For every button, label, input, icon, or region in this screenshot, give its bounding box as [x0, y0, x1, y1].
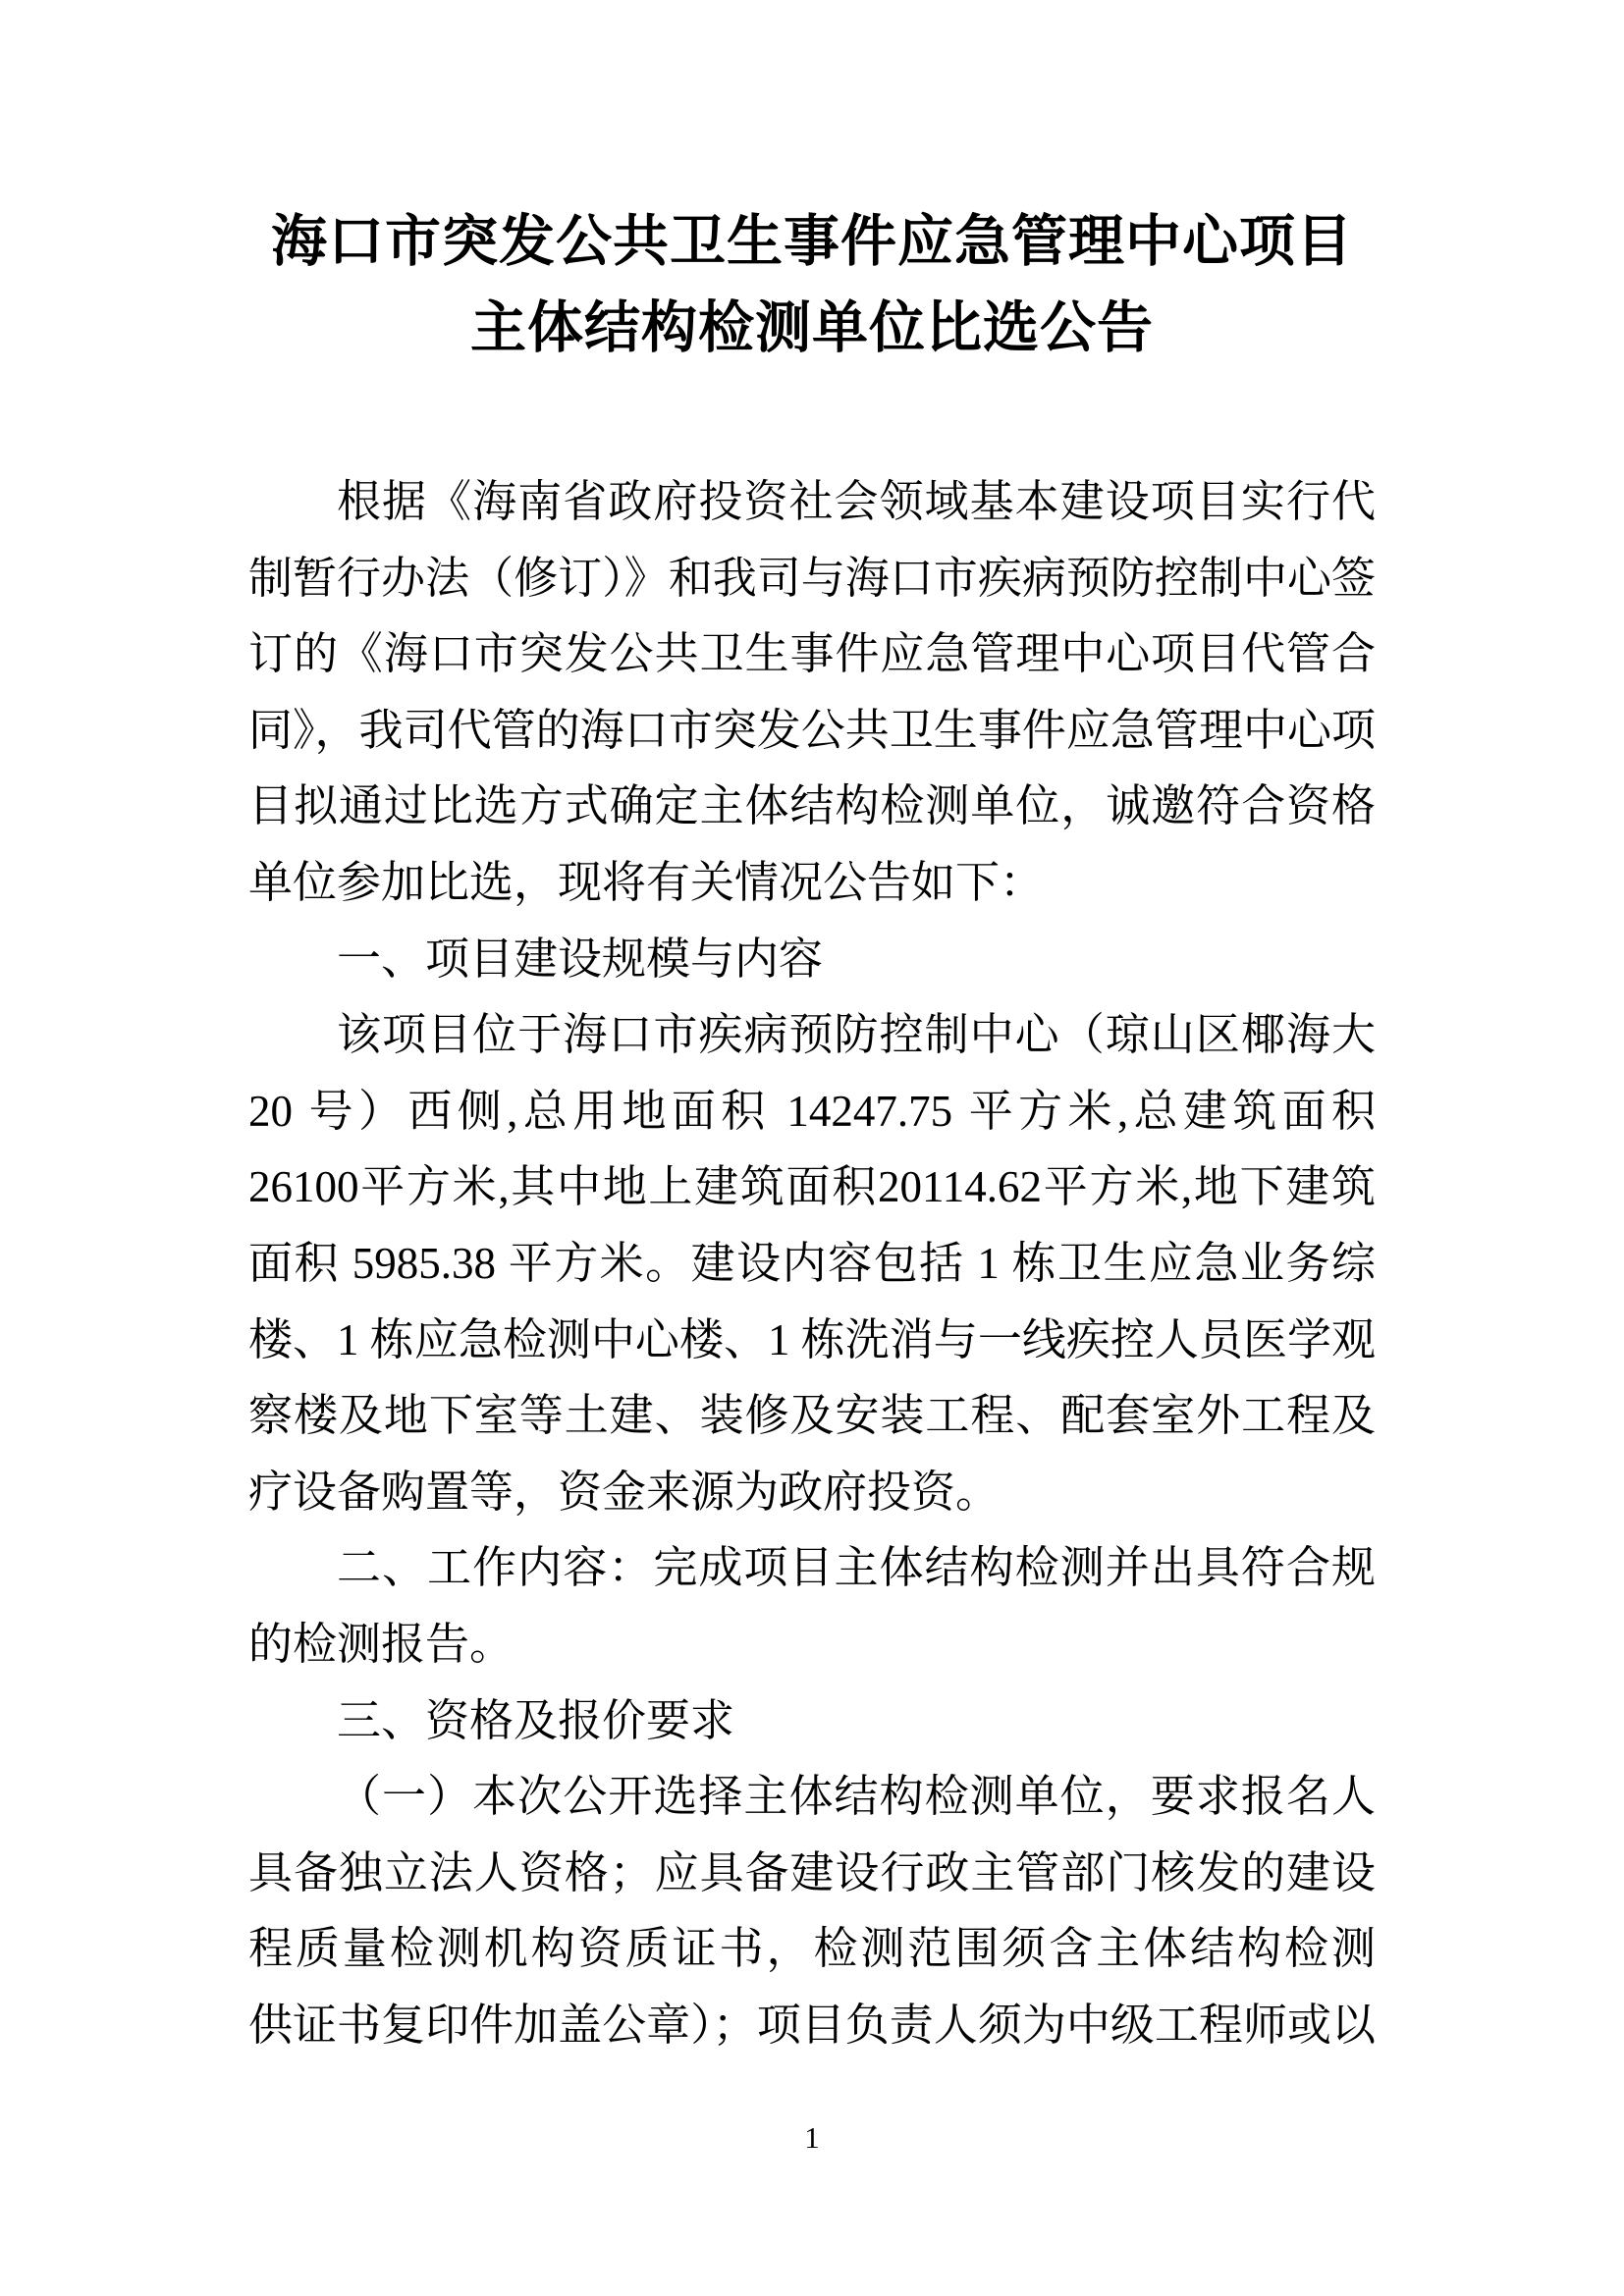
body-line: 二、工作内容：完成项目主体结构检测并出具符合规定 [248, 1530, 1376, 1607]
body-line: 26100平方米,其中地上建筑面积20114.62平方米,地下建筑 [248, 1149, 1376, 1226]
body-line: 供证书复印件加盖公章）；项目负责人须为中级工程师或以 [248, 1988, 1376, 2064]
title-line-2: 主体结构检测单位比选公告 [147, 286, 1477, 372]
body-line-heading: 一、项目建设规模与内容 [248, 922, 1376, 998]
body-line: 根据《海南省政府投资社会领域基本建设项目实行代管 [248, 464, 1376, 541]
body-line: 具备独立法人资格；应具备建设行政主管部门核发的建设工 [248, 1836, 1376, 1912]
body-line: 察楼及地下室等土建、装修及安装工程、配套室外工程及医 [248, 1378, 1376, 1455]
page-number: 1 [0, 2118, 1624, 2158]
body-line: 楼、1 栋应急检测中心楼、1 栋洗消与一线疾控人员医学观 [248, 1303, 1376, 1379]
body-line: 该项目位于海口市疾病预防控制中心（琼山区椰海大道 [248, 997, 1376, 1074]
body-line: 面积 5985.38 平方米。建设内容包括 1 栋卫生应急业务综合 [248, 1226, 1376, 1303]
body-line: （一）本次公开选择主体结构检测单位，要求报名人须 [248, 1759, 1376, 1836]
body-line: 单位参加比选，现将有关情况公告如下： [248, 845, 1376, 922]
body-line: 同》，我司代管的海口市突发公共卫生事件应急管理中心项 [248, 693, 1376, 770]
body-line: 20 号）西侧,总用地面积 14247.75 平方米,总建筑面积 [248, 1074, 1376, 1150]
body-line: 目拟通过比选方式确定主体结构检测单位，诚邀符合资格的 [248, 769, 1376, 845]
body-line: 程质量检测机构资质证书，检测范围须含主体结构检测（提 [248, 1911, 1376, 1988]
body-line: 的检测报告。 [248, 1607, 1376, 1683]
document-body: 根据《海南省政府投资社会领域基本建设项目实行代管 制暂行办法（修订）》和我司与海… [248, 464, 1376, 2063]
document-page: 海口市突发公共卫生事件应急管理中心项目 主体结构检测单位比选公告 根据《海南省政… [0, 0, 1624, 2296]
body-line-heading: 三、资格及报价要求 [248, 1683, 1376, 1760]
title-line-1: 海口市突发公共卫生事件应急管理中心项目 [147, 199, 1477, 286]
body-line: 订的《海口市突发公共卫生事件应急管理中心项目代管合 [248, 616, 1376, 693]
body-line: 制暂行办法（修订）》和我司与海口市疾病预防控制中心签 [248, 541, 1376, 617]
document-title: 海口市突发公共卫生事件应急管理中心项目 主体结构检测单位比选公告 [147, 199, 1477, 372]
body-line: 疗设备购置等，资金来源为政府投资。 [248, 1455, 1376, 1531]
